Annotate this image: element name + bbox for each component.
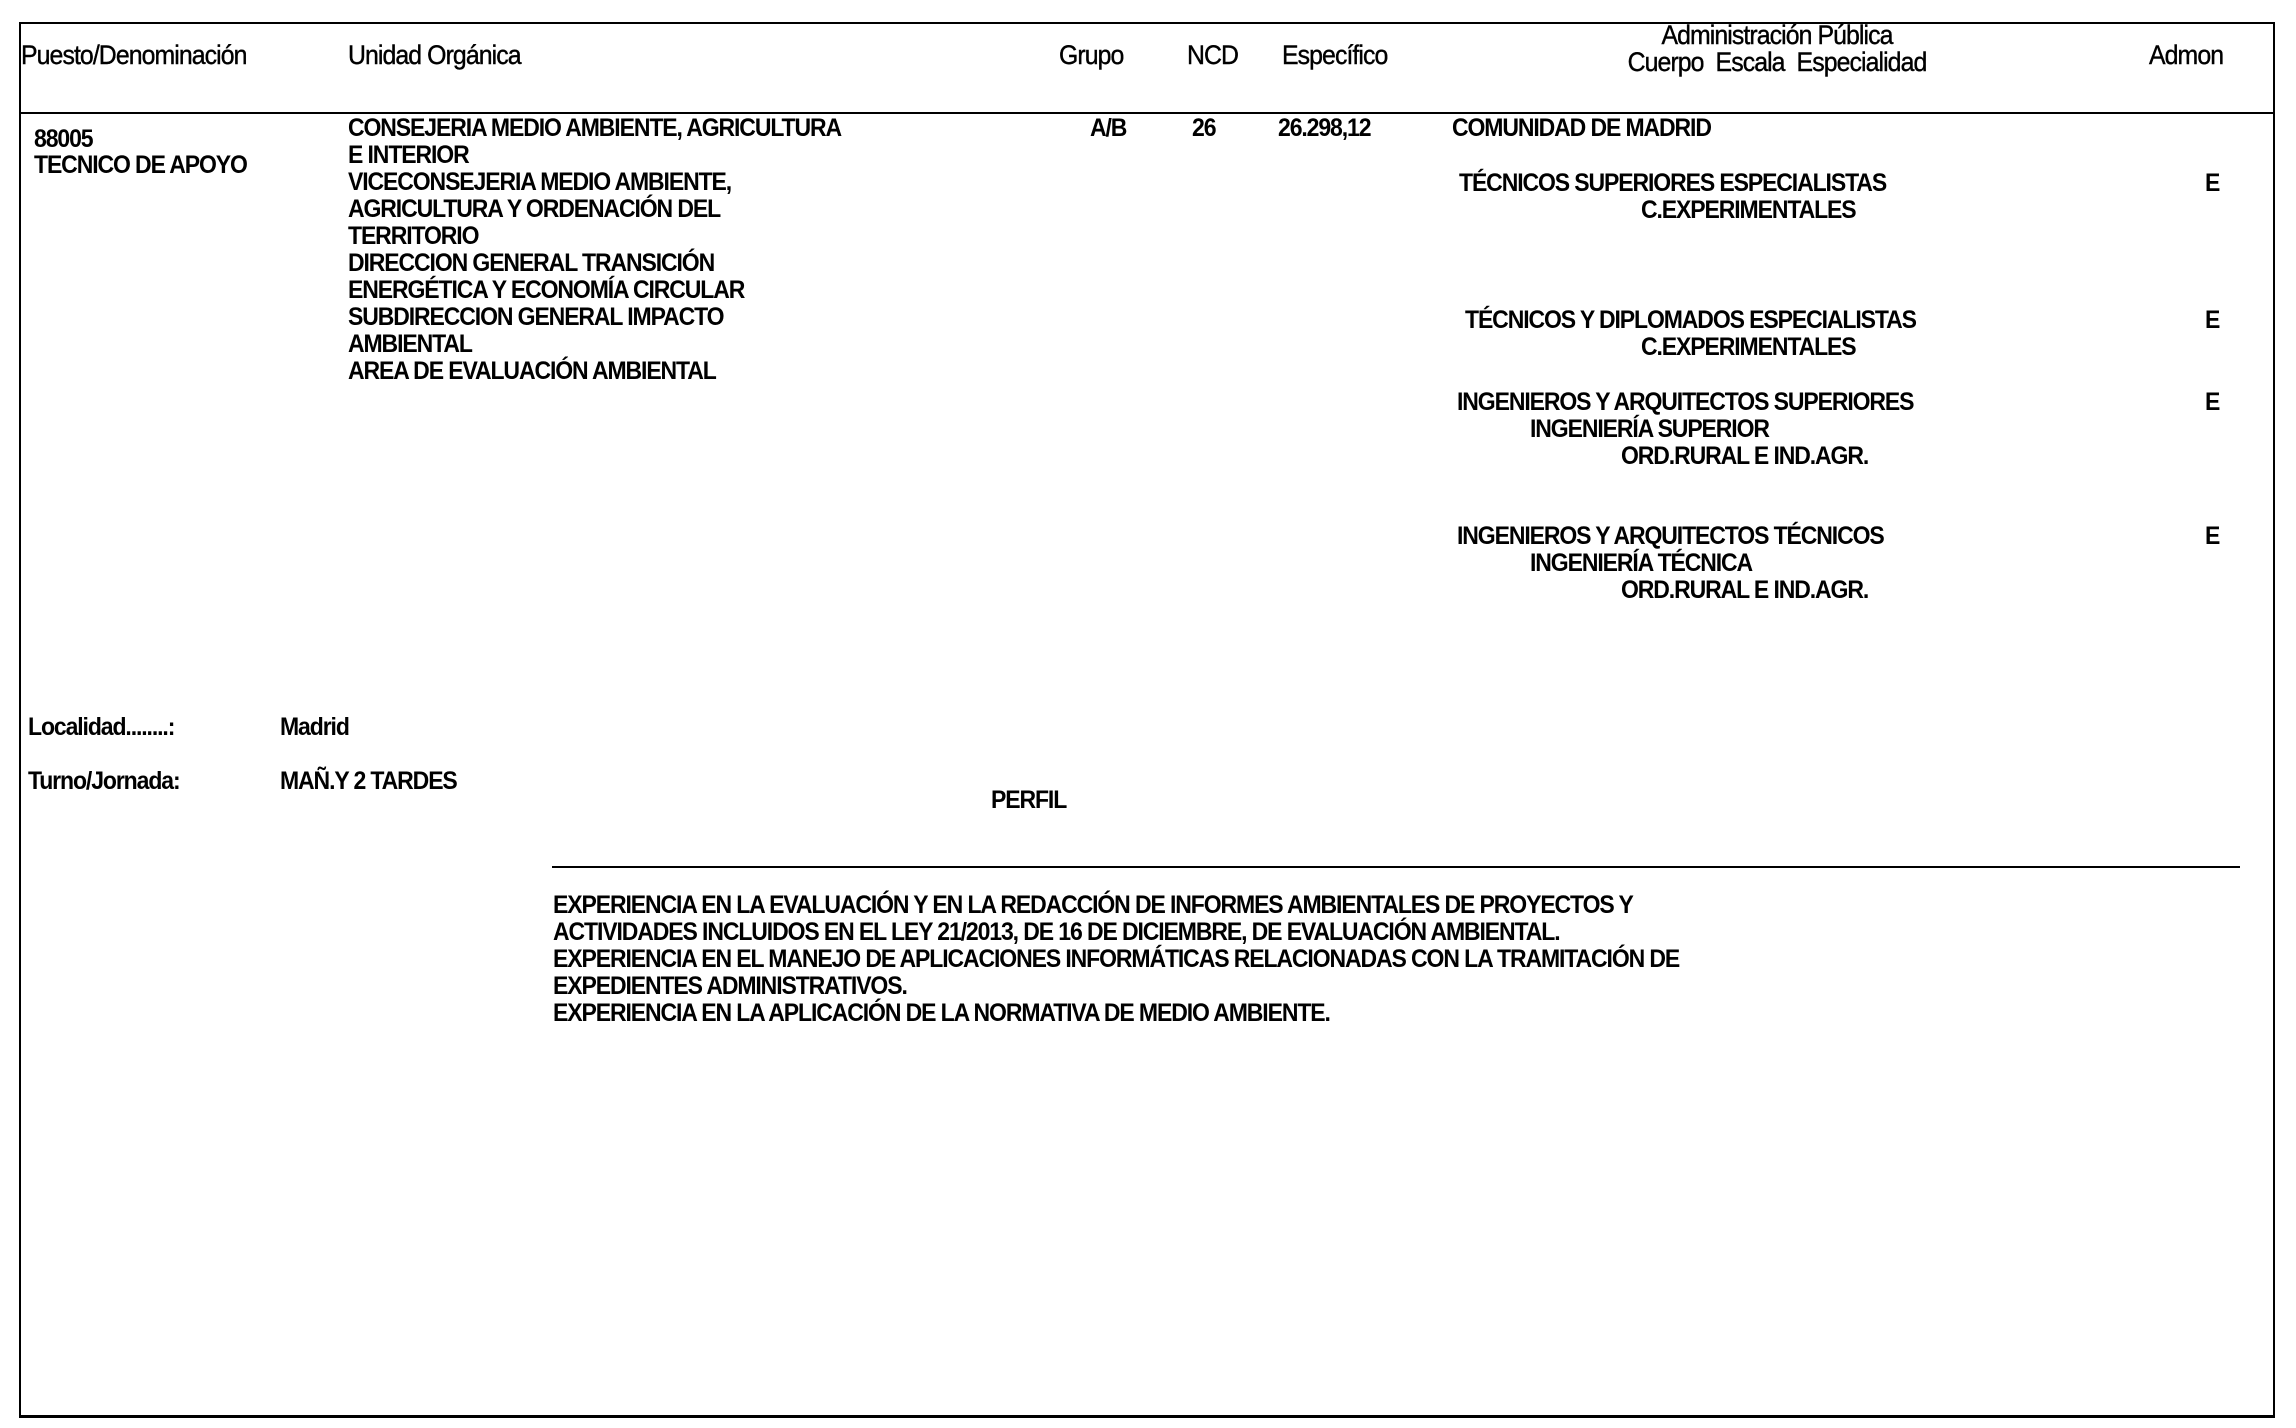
unidad-line: SUBDIRECCION GENERAL IMPACTO — [348, 304, 841, 331]
turno-label: Turno/Jornada: — [28, 768, 180, 795]
cuerpo-3-especialidad: ORD.RURAL E IND.AGR. — [1621, 443, 1868, 470]
record-administracion: COMUNIDAD DE MADRID — [1452, 115, 1711, 142]
unidad-line: AMBIENTAL — [348, 331, 841, 358]
perfil-line: EXPERIENCIA EN LA APLICACIÓN DE LA NORMA… — [553, 1000, 1679, 1027]
cuerpo-3-admon: E — [2205, 389, 2219, 416]
header-ncd: NCD — [1187, 42, 1238, 69]
header-grupo: Grupo — [1059, 42, 1123, 69]
cuerpo-1-name: TÉCNICOS SUPERIORES ESPECIALISTAS — [1459, 170, 1886, 197]
perfil-line: EXPERIENCIA EN LA EVALUACIÓN Y EN LA RED… — [553, 892, 1679, 919]
record-especifico: 26.298,12 — [1278, 115, 1370, 142]
record-ncd: 26 — [1192, 115, 1215, 142]
unidad-organica: CONSEJERIA MEDIO AMBIENTE, AGRICULTURA E… — [348, 115, 841, 385]
unidad-line: E INTERIOR — [348, 142, 841, 169]
record-denominacion: TECNICO DE APOYO — [34, 152, 247, 179]
localidad-label: Localidad........: — [28, 714, 174, 741]
unidad-line: VICECONSEJERIA MEDIO AMBIENTE, — [348, 169, 841, 196]
cuerpo-2-especialidad: C.EXPERIMENTALES — [1641, 334, 1856, 361]
unidad-line: AREA DE EVALUACIÓN AMBIENTAL — [348, 358, 841, 385]
header-unidad: Unidad Orgánica — [348, 42, 521, 69]
unidad-line: CONSEJERIA MEDIO AMBIENTE, AGRICULTURA — [348, 115, 841, 142]
cuerpo-4-escala: INGENIERÍA TÉCNICA — [1530, 550, 1752, 577]
cuerpo-4-admon: E — [2205, 523, 2219, 550]
turno-value: MAÑ.Y 2 TARDES — [280, 768, 457, 795]
header-admon: Admon — [2149, 42, 2223, 69]
header-especifico: Específico — [1282, 42, 1387, 69]
cuerpo-3-escala: INGENIERÍA SUPERIOR — [1530, 416, 1769, 443]
cuerpo-3-name: INGENIEROS Y ARQUITECTOS SUPERIORES — [1457, 389, 1913, 416]
perfil-line: EXPEDIENTES ADMINISTRATIVOS. — [553, 973, 1679, 1000]
unidad-line: DIRECCION GENERAL TRANSICIÓN — [348, 250, 841, 277]
perfil-title: PERFIL — [991, 787, 1066, 814]
perfil-line: ACTIVIDADES INCLUIDOS EN EL LEY 21/2013,… — [553, 919, 1679, 946]
cuerpo-4-name: INGENIEROS Y ARQUITECTOS TÉCNICOS — [1457, 523, 1884, 550]
header-puesto: Puesto/Denominación — [21, 42, 247, 69]
cuerpo-1-admon: E — [2205, 170, 2219, 197]
cuerpo-2-admon: E — [2205, 307, 2219, 334]
cuerpo-4-especialidad: ORD.RURAL E IND.AGR. — [1621, 577, 1868, 604]
perfil-line: EXPERIENCIA EN EL MANEJO DE APLICACIONES… — [553, 946, 1679, 973]
unidad-line: AGRICULTURA Y ORDENACIÓN DEL — [348, 196, 841, 223]
localidad-value: Madrid — [280, 714, 349, 741]
record-code: 88005 — [34, 126, 92, 153]
record-grupo: A/B — [1090, 115, 1126, 142]
cuerpo-1-especialidad: C.EXPERIMENTALES — [1641, 197, 1856, 224]
header-admin-line2: Cuerpo Escala Especialidad — [1501, 49, 2053, 76]
unidad-line: TERRITORIO — [348, 223, 841, 250]
cuerpo-2-name: TÉCNICOS Y DIPLOMADOS ESPECIALISTAS — [1465, 307, 1916, 334]
perfil-text: EXPERIENCIA EN LA EVALUACIÓN Y EN LA RED… — [553, 892, 1679, 1027]
unidad-line: ENERGÉTICA Y ECONOMÍA CIRCULAR — [348, 277, 841, 304]
perfil-divider — [552, 866, 2240, 868]
header-admin-line1: Administración Pública — [1501, 22, 2053, 49]
